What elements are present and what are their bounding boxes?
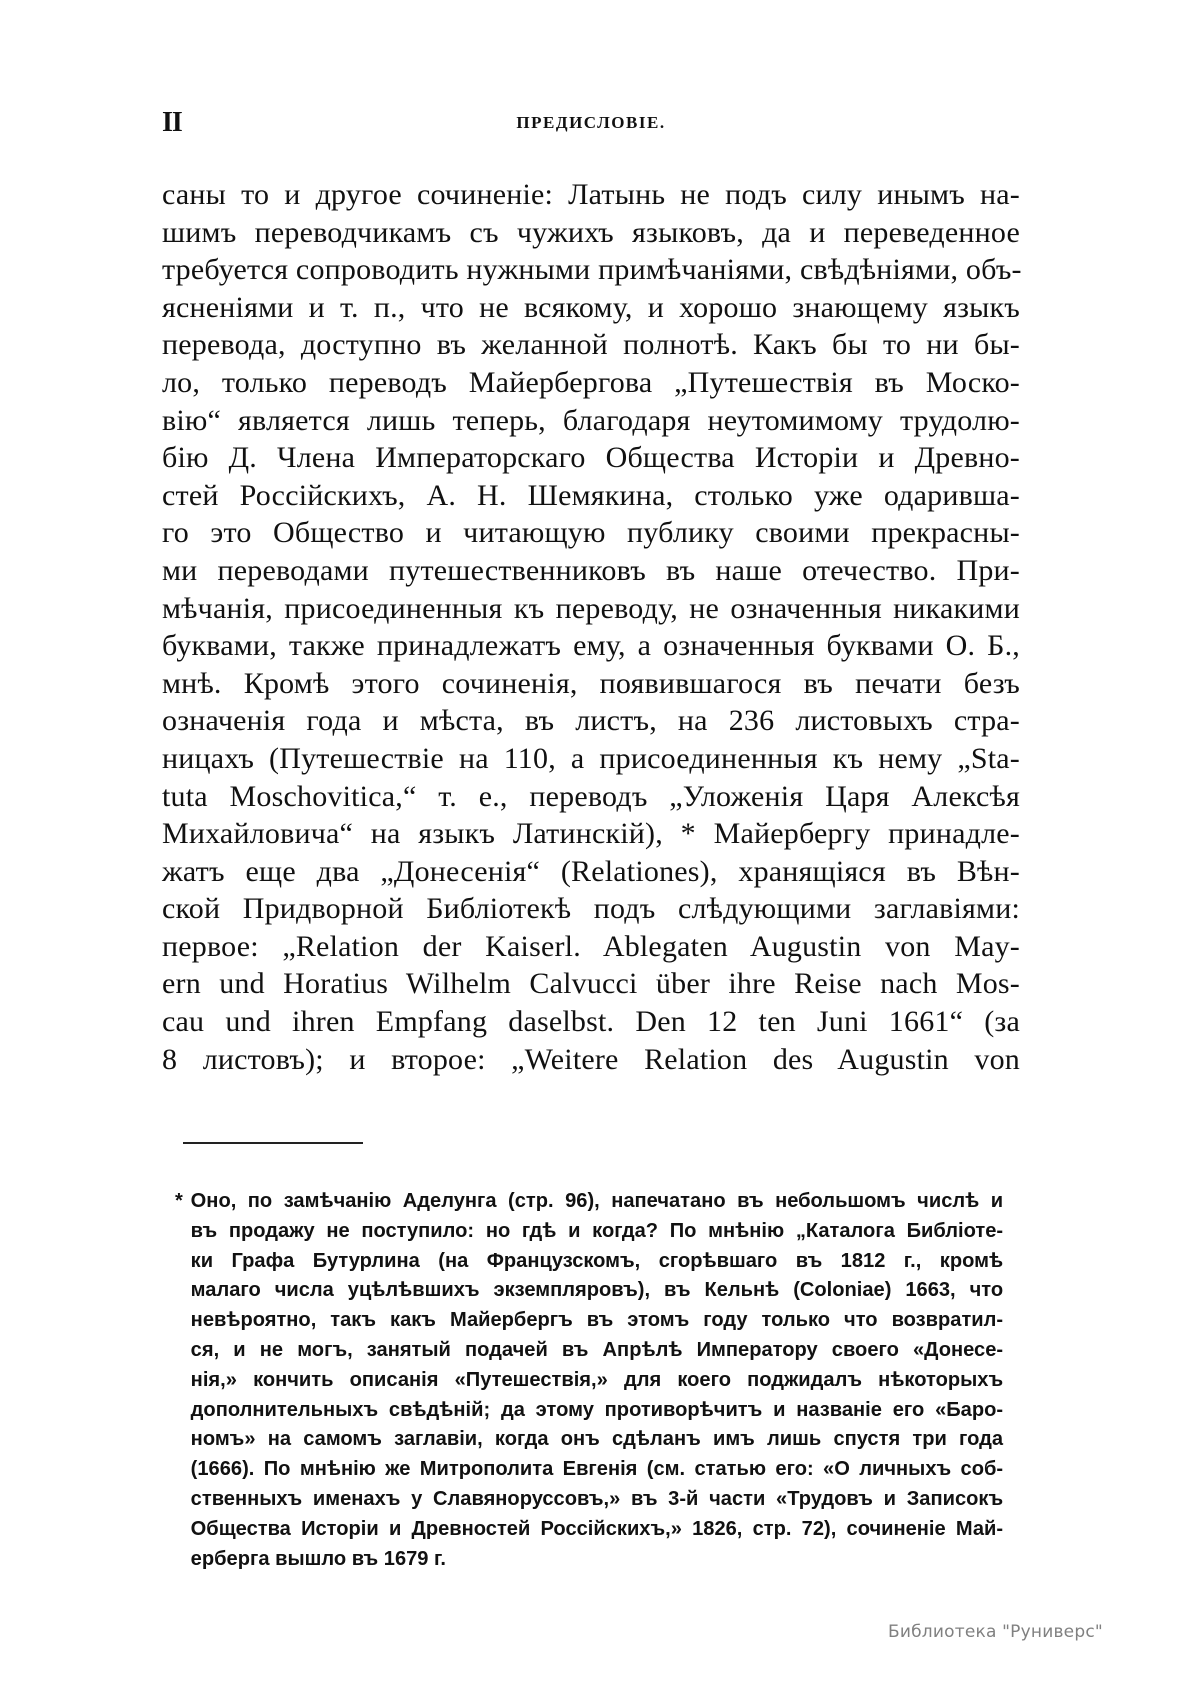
footnote-line: невѣроятно, такъ какъ Майербергъ въ этом…	[175, 1305, 1003, 1335]
body-line: первое: „Relation der Kaiserl. Ablegaten…	[162, 928, 1020, 966]
body-line: ницахъ (Путешествіе на 110, а присоедине…	[162, 740, 1020, 778]
body-line: требуется сопроводить нужными примѣчанія…	[162, 251, 1020, 289]
body-line: cau und ihren Empfang daselbst. Den 12 t…	[162, 1003, 1020, 1041]
footnote-line: въ продажу не поступило: но гдѣ и когда?…	[175, 1216, 1003, 1246]
body-line: перевода, доступно въ желанной полнотѣ. …	[162, 326, 1020, 364]
body-line: шимъ переводчикамъ съ чужихъ языковъ, да…	[162, 214, 1020, 252]
body-line: мѣчанія, присоединенныя къ переводу, не …	[162, 590, 1020, 628]
body-line: буквами, также принадлежатъ ему, а означ…	[162, 627, 1020, 665]
body-line: ло, только переводъ Майербергова „Путеше…	[162, 364, 1020, 402]
footnote-line: ственныхъ именахъ у Славяноруссовъ,» въ …	[175, 1484, 1003, 1514]
body-line: ern und Horatius Wilhelm Calvucci über i…	[162, 965, 1020, 1003]
footnote-line: малаго числа уцѣлѣвшихъ экземпляровъ), в…	[175, 1275, 1003, 1305]
footnote-separator	[183, 1142, 363, 1144]
body-line: означенія года и мѣста, въ листъ, на 236…	[162, 702, 1020, 740]
body-line: 8 листовъ); и второе: „Weitere Relation …	[162, 1041, 1020, 1079]
body-line: ской Придворной Библіотекѣ подъ слѣдующи…	[162, 890, 1020, 928]
body-line: жатъ еще два „Донесенія“ (Relationes), х…	[162, 853, 1020, 891]
footnote-first-line: *Оно, по замѣчанію Аделунга (стр. 96), н…	[175, 1186, 1003, 1216]
body-line: саны то и другое сочиненіе: Латынь не по…	[162, 176, 1020, 214]
body-text: саны то и другое сочиненіе: Латынь не по…	[162, 176, 1020, 1078]
footnote-marker: *	[175, 1186, 191, 1216]
body-line: мнѣ. Кромѣ этого сочиненія, появившагося…	[162, 665, 1020, 703]
footnote-line-text: Оно, по замѣчанію Аделунга (стр. 96), на…	[191, 1189, 1003, 1212]
book-page: II ПРЕДИСЛОВІЕ. саны то и другое сочинен…	[0, 0, 1200, 1693]
running-head: II ПРЕДИСЛОВІЕ.	[162, 106, 1020, 140]
body-line: бію Д. Члена Императорскаго Общества Ист…	[162, 439, 1020, 477]
footnote-line: номъ» на самомъ заглавіи, когда онъ сдѣл…	[175, 1424, 1003, 1454]
body-line: вію“ является лишь теперь, благодаря неу…	[162, 402, 1020, 440]
body-line: Михайловича“ на языкъ Латинскій), * Майе…	[162, 815, 1020, 853]
footnote-line: ки Графа Бутурлина (на Французскомъ, сго…	[175, 1246, 1003, 1276]
footnote: *Оно, по замѣчанію Аделунга (стр. 96), н…	[175, 1186, 1020, 1573]
body-line: стей Россійскихъ, А. Н. Шемякина, стольк…	[162, 477, 1020, 515]
body-line: tuta Moschovitica,“ т. е., переводъ „Уло…	[162, 778, 1020, 816]
library-watermark: Библиотека "Руниверс"	[888, 1622, 1103, 1642]
body-line: го это Общество и читающую публику своим…	[162, 514, 1020, 552]
footnote-line: ся, и не могъ, занятый подачей въ Апрѣлѣ…	[175, 1335, 1003, 1365]
footnote-line: дополнительныхъ свѣдѣній; да этому проти…	[175, 1395, 1003, 1425]
body-line: ми переводами путешественниковъ въ наше …	[162, 552, 1020, 590]
footnote-line: ерберга вышло въ 1679 г.	[175, 1544, 1003, 1574]
footnote-line: нія,» кончить описанія «Путешествія,» дл…	[175, 1365, 1003, 1395]
body-line: ясненіями и т. п., что не всякому, и хор…	[162, 289, 1020, 327]
footnote-line: Общества Исторіи и Древностей Россійских…	[175, 1514, 1003, 1544]
footnote-line: (1666). По мнѣнію же Митрополита Евгенія…	[175, 1454, 1003, 1484]
running-title: ПРЕДИСЛОВІЕ.	[162, 110, 1020, 136]
